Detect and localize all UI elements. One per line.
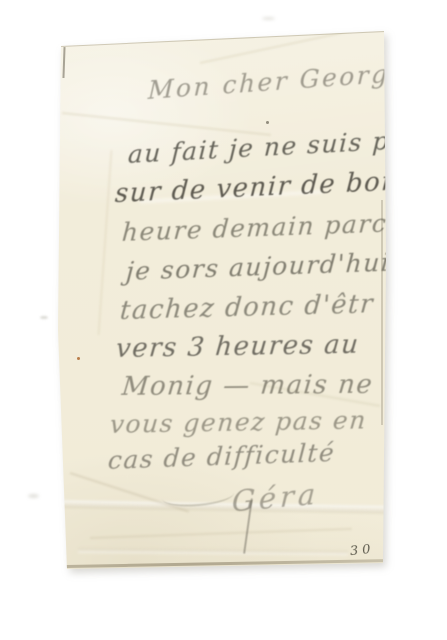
handwriting-salutation: Mon cher Georges: [147, 57, 422, 105]
handwriting-line: Monig — mais ne: [121, 370, 375, 402]
paper-edge-top: [61, 30, 387, 47]
photo-of-letter: { "photo": { "description": "Faint penci…: [0, 0, 447, 640]
paper-crease: [58, 500, 390, 514]
paper-crease: [62, 112, 271, 136]
handwriting-line: vous genez pas en: [109, 405, 368, 439]
handwriting-line: vers 3 heures au: [115, 330, 361, 364]
paper-edge-bottom: [66, 559, 384, 568]
signature: Géra: [231, 476, 320, 518]
paper-crease: [90, 528, 352, 539]
paper-crease: [98, 150, 113, 335]
paper-crease: [200, 30, 352, 64]
letter-paper-wrapper: Mon cher Georges au fait je ne suis pa s…: [0, 0, 447, 640]
paper-fold-mark: [62, 47, 65, 78]
ink-dot: [266, 121, 269, 124]
handwriting-line: sur de venir de bon: [114, 167, 400, 210]
handwriting-line: au fait je ne suis pa: [127, 125, 407, 169]
rust-speck: [77, 357, 80, 360]
page-number-note: 30: [349, 542, 375, 559]
letter-paper: Mon cher Georges au fait je ne suis pa s…: [0, 0, 447, 640]
paper-crease: [78, 548, 348, 555]
handwriting-line: je sors aujourd'hui: [125, 248, 391, 286]
handwriting-line: cas de difficulté: [107, 438, 336, 475]
signature-flourish: [161, 483, 234, 509]
handwriting-line: tachez donc d'êtr: [119, 289, 375, 326]
handwriting-line: heure demain parce q: [121, 207, 432, 247]
